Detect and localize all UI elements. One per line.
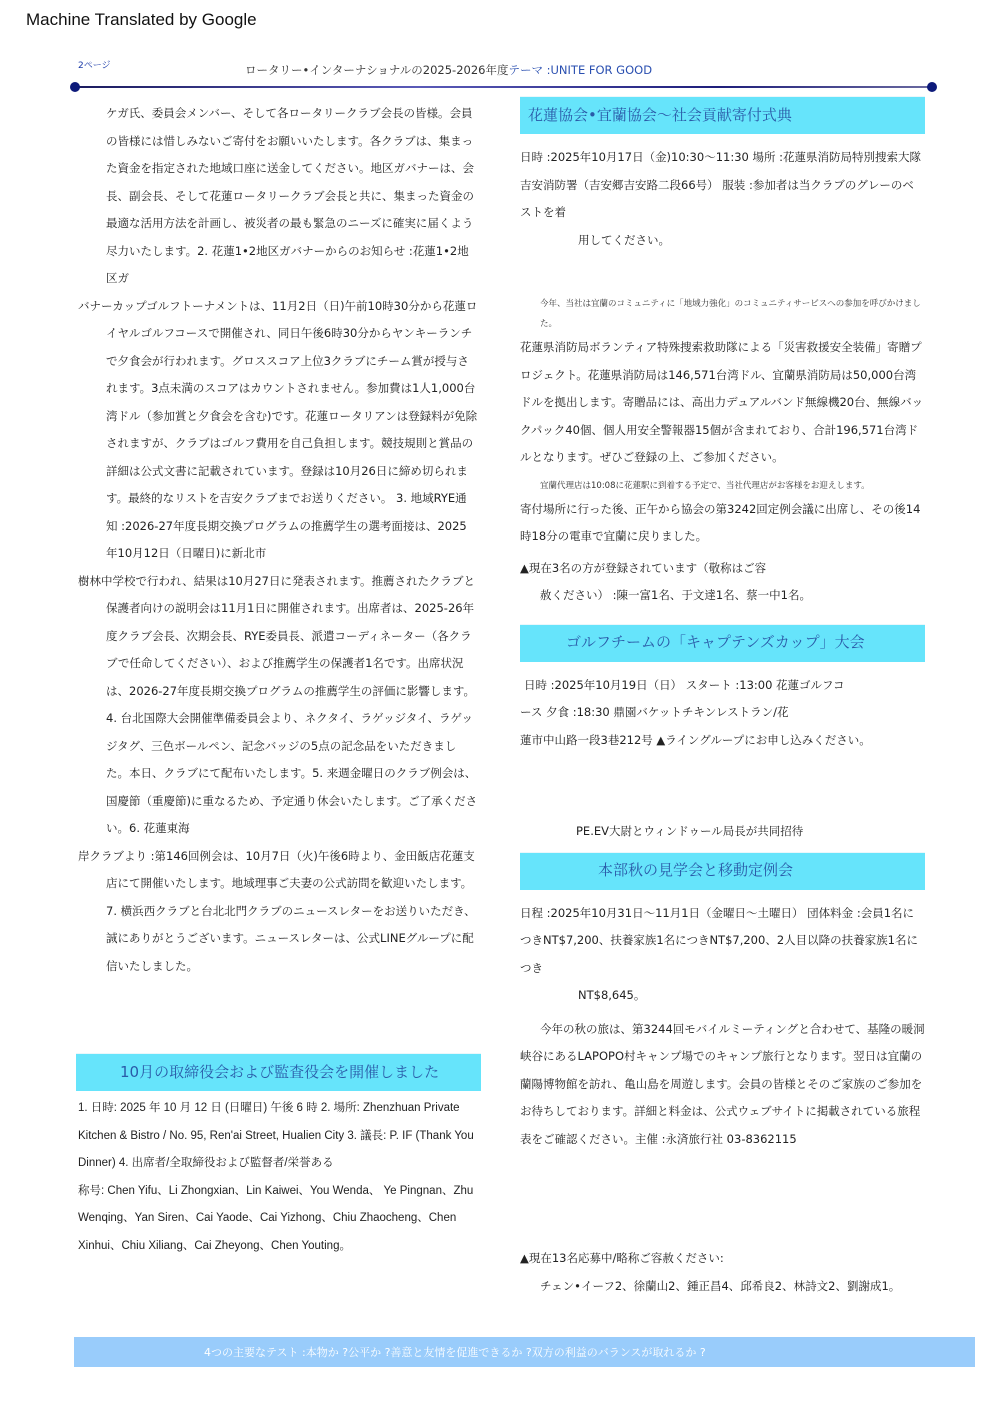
golf-line-1: 日時 :2025年10月19日（日） スタート :13:00 花蓮ゴルフコ [520, 672, 925, 700]
applicants-line-1: ▲現在13名応募中/略称ご容赦ください: [520, 1245, 925, 1273]
left-column: ケガ氏、委員会メンバー、そして各ロータリークラブ会長の皆様。会員の皆様には惜しみ… [78, 100, 478, 980]
paragraph: 岸クラブより :第146回例会は、10月7日（火)午後6時より、金田飯店花蓮支店… [78, 843, 478, 981]
applicants-line-2: チェン•イーフ2、徐蘭山2、鍾正昌4、邱希良2、林詩文2、劉謝成1。 [520, 1273, 925, 1301]
donation-heading: 花蓮協会•宜蘭協会～社会貢献寄付式典 [520, 96, 925, 134]
board-meeting-heading: 10月の取締役会および監査役会を開催しました [76, 1053, 481, 1091]
autumn-trip-body: 今年の秋の旅は、第3244回モバイルミーティングと合わせて、基隆の暖洞峡谷にある… [520, 1016, 925, 1154]
golf-heading: ゴルフチームの「キャプテンズカップ」大会 [520, 624, 925, 662]
header-theme: テーマ :UNITE FOR GOOD [508, 63, 652, 77]
golf-line-3: 蓮市中山路一段3巷212号 ▲ライングループにお申し込みください。 [520, 727, 925, 755]
autumn-trip-schedule: 日程 :2025年10月31日～11月1日（金曜日～土曜日） 団体料金 :会員1… [520, 900, 925, 983]
registered-line-2: 赦ください） :陳一富1名、于文達1名、蔡一中1名。 [520, 582, 925, 610]
header-title: ロータリー•インターナショナルの2025-2026年度テーマ :UNITE FO… [245, 62, 652, 78]
header-title-prefix: ロータリー•インターナショナルの2025-2026年度 [245, 63, 508, 77]
header-rule [75, 86, 932, 88]
machine-translated-banner: Machine Translated by Google [26, 10, 257, 30]
donation-body: 花蓮県消防局ボランティア特殊捜索救助隊による「災害救援安全装備」寄贈プロジェクト… [520, 334, 925, 472]
autumn-trip-heading: 本部秋の見学会と移動定例会 [520, 852, 925, 890]
donation-details-tail: 用してください。 [520, 227, 925, 255]
board-meeting-attendees: 称号: Chen Yifu、Li Zhongxian、Lin Kaiwei、Yo… [76, 1178, 481, 1261]
board-meeting-body: 1. 日時: 2025 年 10 月 12 日 (日曜日) 午後 6 時 2. … [76, 1091, 481, 1178]
paragraph: 樹林中学校で行われ、結果は10月27日に発表されます。推薦されたクラブと保護者向… [78, 568, 478, 843]
four-way-test-text: 4つの主要なテスト :本物か ?公平か ?善意と友情を促進できるか ?双方の利益… [204, 1344, 706, 1360]
golf-line-2: ース 夕食 :18:30 鼎園バケットチキンレストラン/花 [520, 699, 925, 727]
donation-details: 日時 :2025年10月17日（金)10:30～11:30 場所 :花蓮県消防局… [520, 144, 925, 227]
paragraph: バナーカップゴルフトーナメントは、11月2日（日)午前10時30分から花蓮ロイヤ… [78, 293, 478, 568]
golf-invite: PE.EV大尉とウィンドゥール局長が共同招待 [520, 818, 925, 846]
board-meeting-section: 10月の取締役会および監査役会を開催しました 1. 日時: 2025 年 10 … [76, 1053, 481, 1260]
agent-note: 宜蘭代理店は10:08に花蓮駅に到着する予定で、当社代理店がお客様をお迎えします… [520, 476, 925, 496]
right-column: 花蓮協会•宜蘭協会～社会貢献寄付式典 日時 :2025年10月17日（金)10:… [520, 90, 925, 1300]
four-way-test-footer: 4つの主要なテスト :本物か ?公平か ?善意と友情を促進できるか ?双方の利益… [74, 1337, 975, 1367]
autumn-trip-schedule-tail: NT$8,645。 [520, 982, 925, 1010]
rule-endpoint-left-icon [70, 82, 80, 92]
rule-endpoint-right-icon [927, 82, 937, 92]
page-number: 2ページ [78, 58, 111, 71]
donation-note: 今年、当社は宜蘭のコミュニティに「地域力強化」のコミュニティサービスへの参加を呼… [520, 294, 925, 334]
registered-line-1: ▲現在3名の方が登録されています（敬称はご容 [520, 555, 925, 583]
donation-after: 寄付場所に行った後、正午から協会の第3242回定例会議に出席し、その後14時18… [520, 496, 925, 551]
paragraph: ケガ氏、委員会メンバー、そして各ロータリークラブ会長の皆様。会員の皆様には惜しみ… [78, 100, 478, 293]
